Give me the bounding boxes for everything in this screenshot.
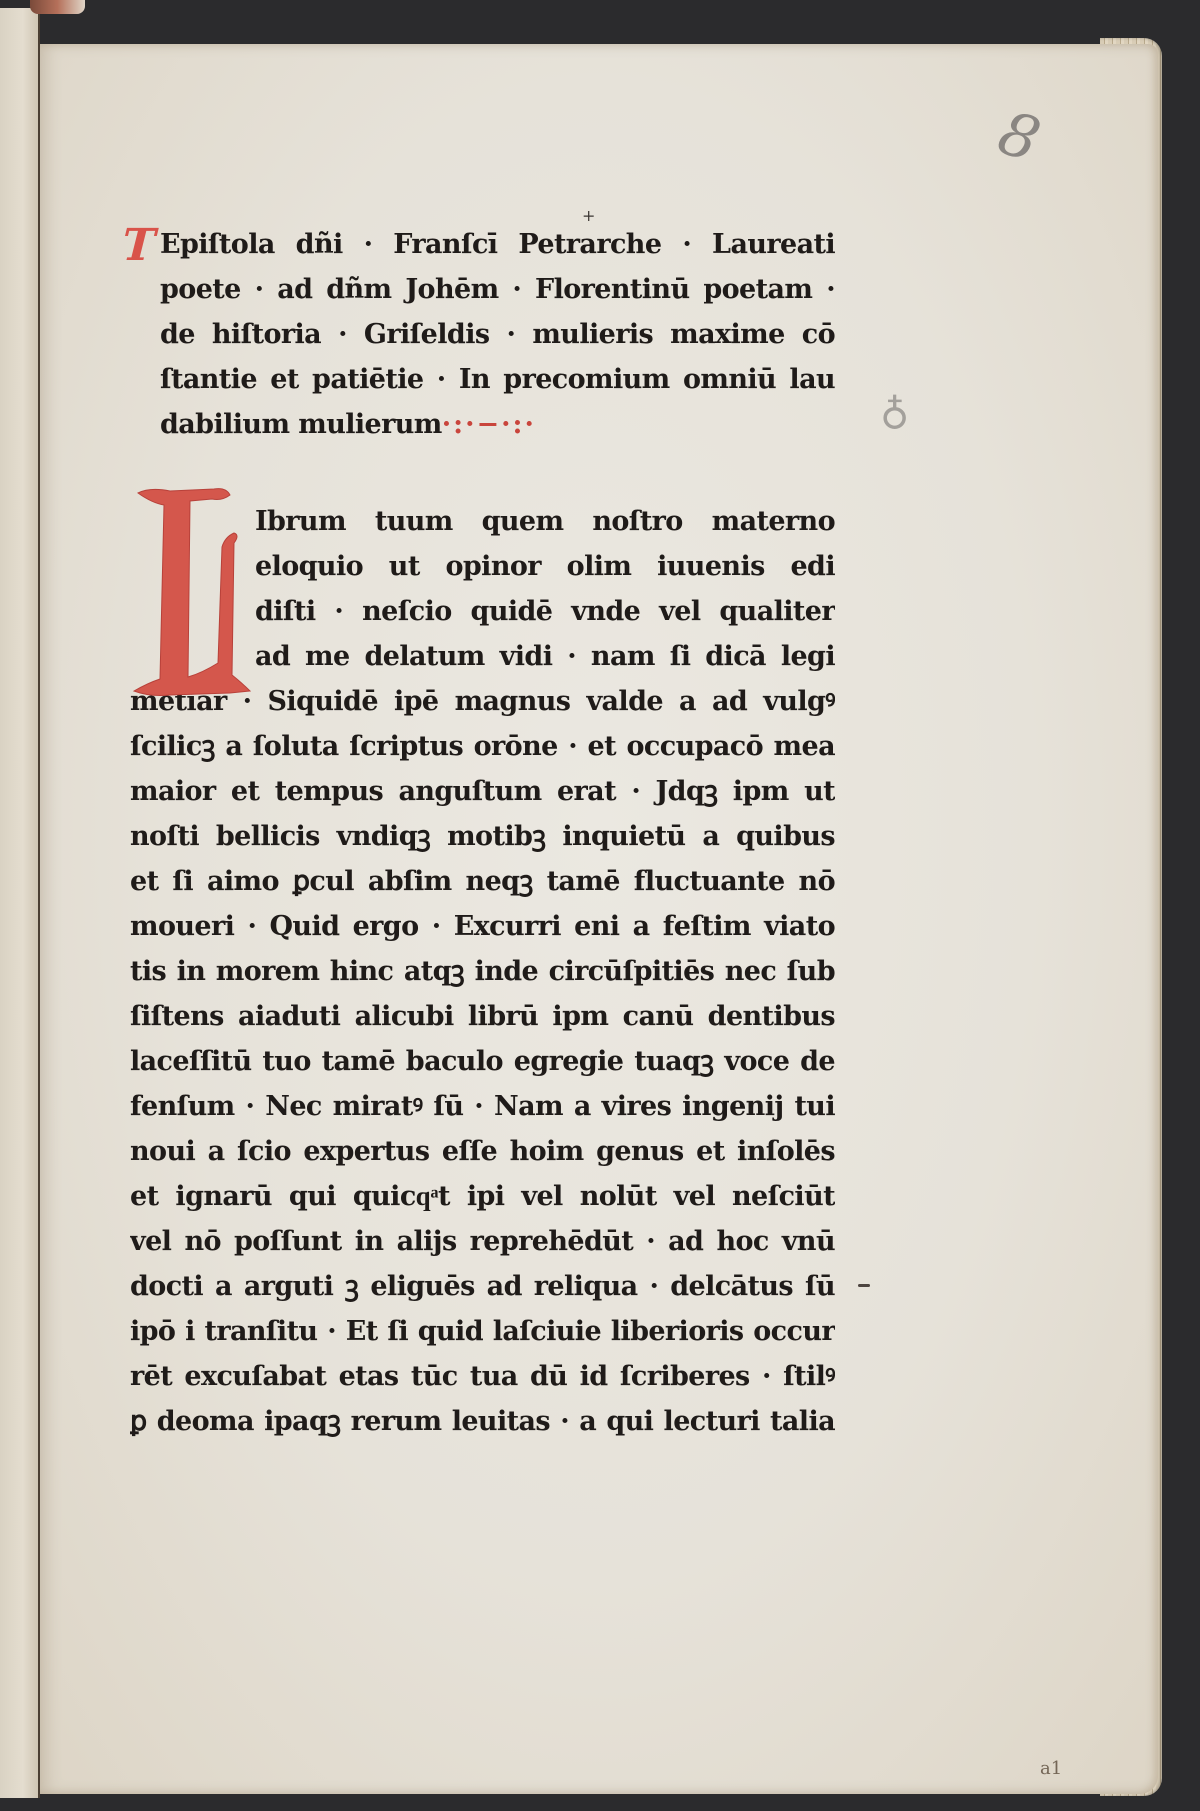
signature-mark: a1 (1040, 1758, 1062, 1779)
body-line: ſcilicꝫ a ſoluta ſcriptus orōne · et occ… (130, 724, 835, 769)
body-line: tis in morem hinc atqꝫ inde circūſpitiēs… (130, 949, 835, 994)
body-line: ipō i tranſitu · Et ſi quid laſciuie lib… (130, 1309, 835, 1354)
body-line: et ignarū qui quicqͣt ipi vel nolūt vel … (130, 1174, 835, 1219)
body-line: fenſum · Nec miratꝰ ſū · Nam a vires ing… (130, 1084, 835, 1129)
heading: T Epiſtola dñi · Franſcī Petrarche · Lau… (130, 222, 835, 447)
heading-line: poete · ad dñm Johēm · Florentinū poetam… (130, 267, 835, 312)
body-line: docti a arguti ꝫ eliguēs ad reliqua · de… (130, 1264, 835, 1309)
text-block: T Epiſtola dñi · Franſcī Petrarche · Lau… (130, 222, 835, 1444)
body-line: noſti bellicis vndiqꝫ motibꝫ inquietū a … (130, 814, 835, 859)
heading-line: dabilium mulierum·:·−·:· (130, 402, 835, 447)
body-line: maior et tempus anguſtum erat · Jdqꝫ ipm… (130, 769, 835, 814)
body-line: noui a ſcio expertus eſſe hoim genus et … (130, 1129, 835, 1174)
body-text: Ibrum tuum quem noſtro materno eloquio u… (130, 499, 835, 1444)
binding-tab (30, 0, 85, 14)
heading-line: ſtantie et patiētie · In precomium omniū… (130, 357, 835, 402)
drop-cap-initial-l (130, 487, 255, 697)
previous-page-edge (0, 8, 40, 1798)
ornament-mark: ·:·−·:· (442, 409, 536, 440)
body-line: vel nō poſſunt in alijs reprehēdūt · ad … (130, 1219, 835, 1264)
margin-dash-mark (858, 1284, 870, 1287)
heading-line: Epiſtola dñi · Franſcī Petrarche · Laure… (130, 222, 835, 267)
heading-line: de hiſtoria · Griſeldis · mulieris maxim… (130, 312, 835, 357)
drop-cap-l-icon (130, 487, 255, 697)
body-line: ſiſtens aiaduti alicubi librū ipm canū d… (130, 994, 835, 1039)
body-line: rēt excuſabat etas tūc tua dū id ſcriber… (130, 1354, 835, 1399)
margin-astrological-symbol-icon: ♁ (880, 388, 909, 434)
body-line: laceſſitū tuo tamē baculo egregie tuaqꝫ … (130, 1039, 835, 1084)
body-line: et ſi aimo ꝑcul abſim neqꝫ tamē fluctuan… (130, 859, 835, 904)
body-line: moueri · Quid ergo · Excurri eni a feſti… (130, 904, 835, 949)
body-line: ꝑ deoma ipaqꝫ rerum leuitas · a qui lect… (130, 1399, 835, 1444)
